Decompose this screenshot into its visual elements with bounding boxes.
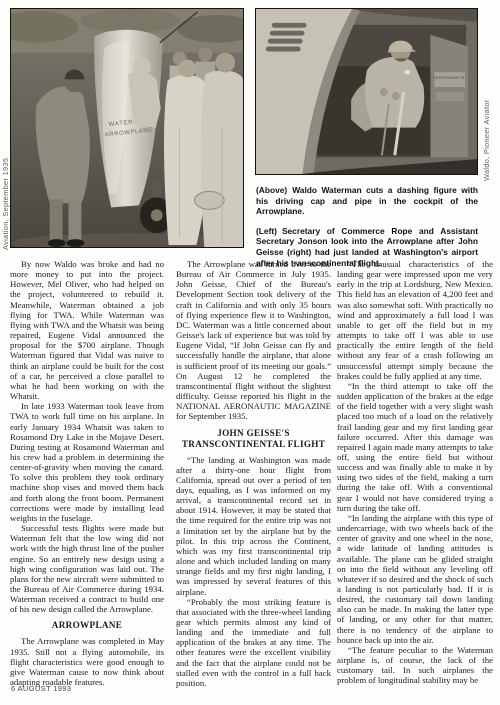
- page-footer-date: 6 AUGUST 1993: [11, 684, 71, 693]
- paragraph: “In the third attempt to take off the su…: [337, 381, 493, 513]
- paragraph: In late 1933 Waterman took leave from TW…: [10, 401, 164, 523]
- photo-credit-left: Aviation, September 1935: [1, 158, 10, 250]
- paragraph: “In landing the airplane with this type …: [337, 513, 493, 645]
- caption-above-text: Waldo Waterman cuts a dashing figure wit…: [256, 185, 478, 216]
- paragraph: “Probably the most striking feature is t…: [176, 597, 331, 688]
- paragraph: By now Waldo was broke and had no more m…: [10, 259, 164, 401]
- section-heading-transcontinental-flight: JOHN GEISSE'S TRANSCONTINENTAL FLIGHT: [176, 428, 331, 450]
- article-column-1: By now Waldo was broke and had no more m…: [10, 259, 164, 687]
- hat-in-hand: [194, 191, 224, 209]
- paragraph: “The unusual characteristics of the land…: [337, 259, 493, 381]
- article-column-2: The Arrowplane was turned over to the Bu…: [176, 259, 331, 688]
- caption-above: (Above)Waldo Waterman cuts a dashing fig…: [256, 185, 478, 217]
- paragraph: “The feature peculiar to the Waterman ai…: [337, 645, 493, 686]
- paragraph: “The landing at Washington was made afte…: [176, 455, 331, 597]
- magazine-page: WATERMAN ARROWPLANE: [0, 0, 500, 705]
- caption-left-label: (Left): [256, 226, 277, 236]
- caption-above-label: (Above): [256, 185, 287, 195]
- paragraph: The Arrowplane was turned over to the Bu…: [176, 259, 331, 422]
- cockpit-photo-image: DEPARTMENT OF: [256, 9, 477, 174]
- arrowplane-nose-photo: WATERMAN ARROWPLANE: [10, 8, 244, 248]
- photo-credit-right: Waldo, Pioneer Aviator: [482, 99, 491, 181]
- door-sign-text: DEPARTMENT OF: [433, 76, 465, 80]
- arrowplane-nose-photo-image: WATERMAN ARROWPLANE: [11, 9, 243, 247]
- section-heading-arrowplane: ARROWPLANE: [10, 620, 164, 631]
- paragraph: Successful tests flights were made but W…: [10, 523, 164, 614]
- cockpit-photo: DEPARTMENT OF: [255, 8, 478, 175]
- paragraph: The Arrowplane was completed in May 1935…: [10, 636, 164, 687]
- article-column-3: “The unusual characteristics of the land…: [337, 259, 493, 686]
